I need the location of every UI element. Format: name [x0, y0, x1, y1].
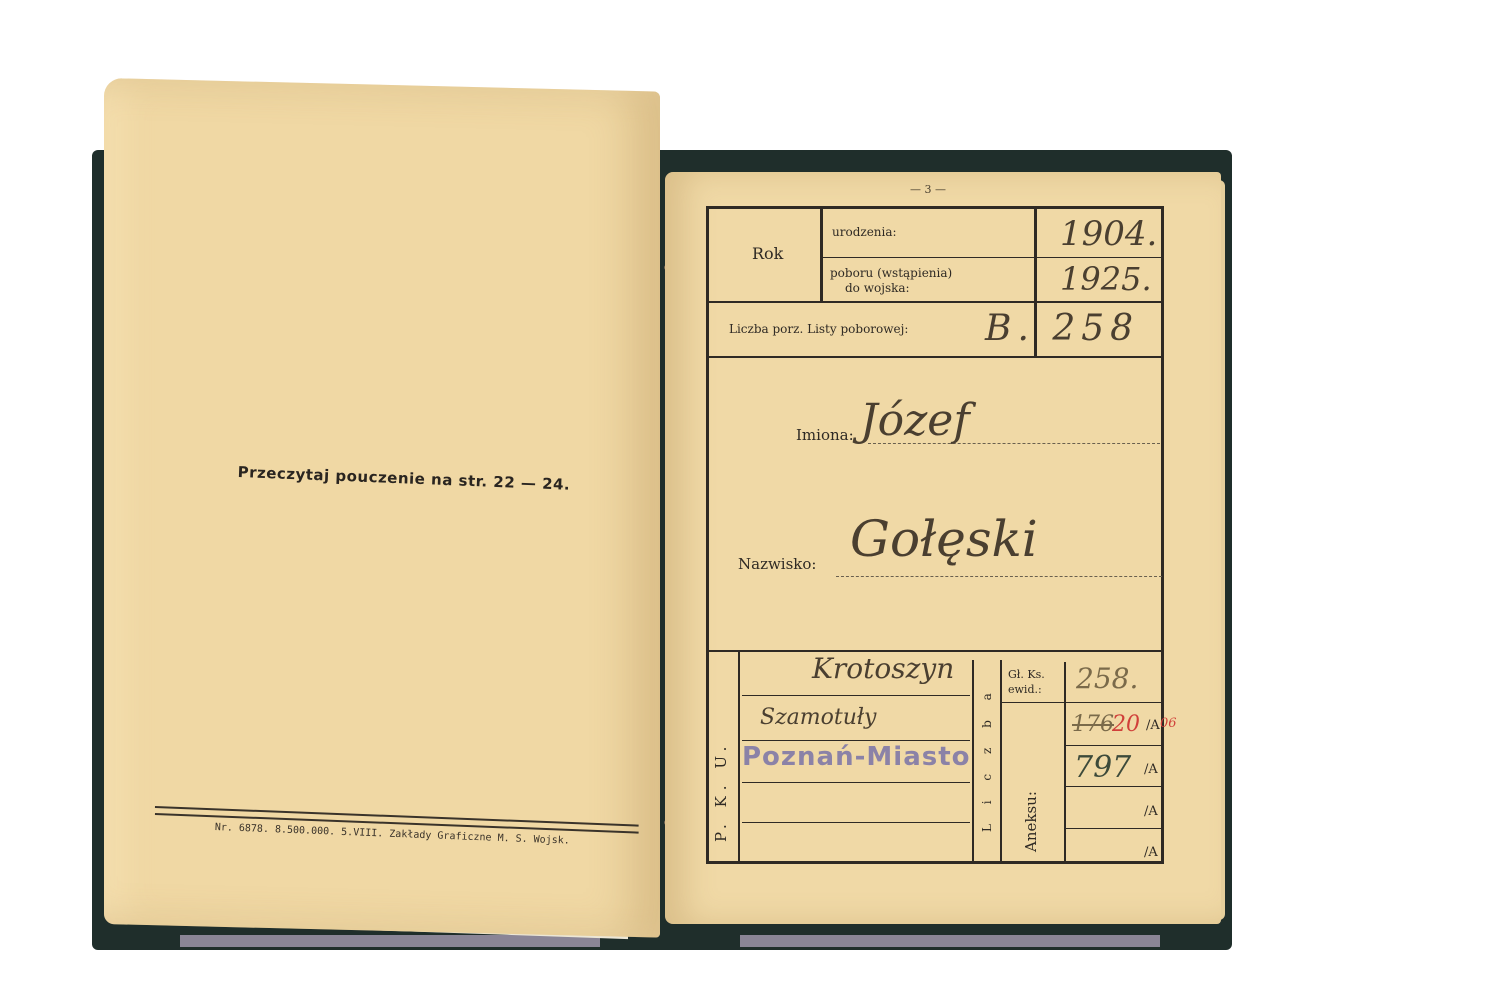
page-number: — 3 — [910, 183, 946, 196]
divider [1064, 662, 1066, 862]
liczba-listy-value: B. 258 [985, 308, 1139, 349]
imiona-label: Imiona: [796, 426, 854, 444]
nazwisko-label: Nazwisko: [738, 555, 816, 573]
divider [738, 652, 740, 862]
divider [742, 695, 970, 696]
divider [1066, 702, 1162, 703]
poboru-label: poboru (wstąpienia) [830, 266, 952, 280]
urodzenia-label: urodzenia: [832, 225, 897, 239]
divider [972, 660, 974, 862]
aneksu-row-3-suffix: /A [1144, 804, 1158, 819]
nazwisko-value: Gołęski [850, 510, 1038, 568]
divider [742, 782, 970, 783]
divider [708, 356, 1162, 358]
divider [1002, 702, 1064, 703]
divider [742, 740, 970, 741]
nazwisko-line [836, 576, 1162, 577]
gl-ks-value: 258. [1076, 662, 1138, 695]
liczba-label: L i c z b a [980, 685, 994, 832]
pku-stamp: Poznań-Miasto [742, 742, 971, 772]
urodzenia-value: 1904. [1060, 214, 1157, 254]
divider [742, 822, 970, 823]
pku-label: P. K. U. [712, 741, 730, 842]
aneksu-row-2-value: 797 [1074, 750, 1131, 785]
aneksu-row-1-suffix: /A [1146, 718, 1160, 733]
poboru-value: 1925. [1060, 260, 1152, 298]
pku-line2: Szamotuły [760, 705, 876, 730]
divider [820, 208, 823, 303]
poboru-label-2: do wojska: [845, 281, 910, 295]
divider [1066, 786, 1162, 787]
gl-ks-label: Gł. Ks. [1008, 668, 1045, 681]
imiona-value: Józef [860, 395, 970, 446]
aneksu-row-1-note: 06 [1160, 716, 1177, 731]
divider [1066, 828, 1162, 829]
liczba-listy-label: Liczba porz. Listy poborowej: [729, 322, 908, 336]
rok-label: Rok [752, 244, 783, 263]
pku-line1: Krotoszyn [812, 652, 954, 685]
divider [1066, 745, 1162, 746]
aneksu-row-4-suffix: /A [1144, 845, 1158, 860]
divider [708, 301, 1162, 303]
aneksu-row-2-suffix: /A [1144, 762, 1158, 777]
divider [1000, 660, 1002, 862]
gl-ks-label-2: ewid.: [1008, 683, 1042, 696]
aneksu-row-1-red: 20 [1112, 712, 1140, 737]
cover-spine-strip [180, 935, 600, 947]
aneksu-label: Aneksu: [1022, 791, 1040, 852]
aneksu-row-1-struck: 176 [1072, 712, 1114, 737]
cover-spine-strip-right [740, 935, 1160, 947]
divider [823, 257, 1161, 258]
